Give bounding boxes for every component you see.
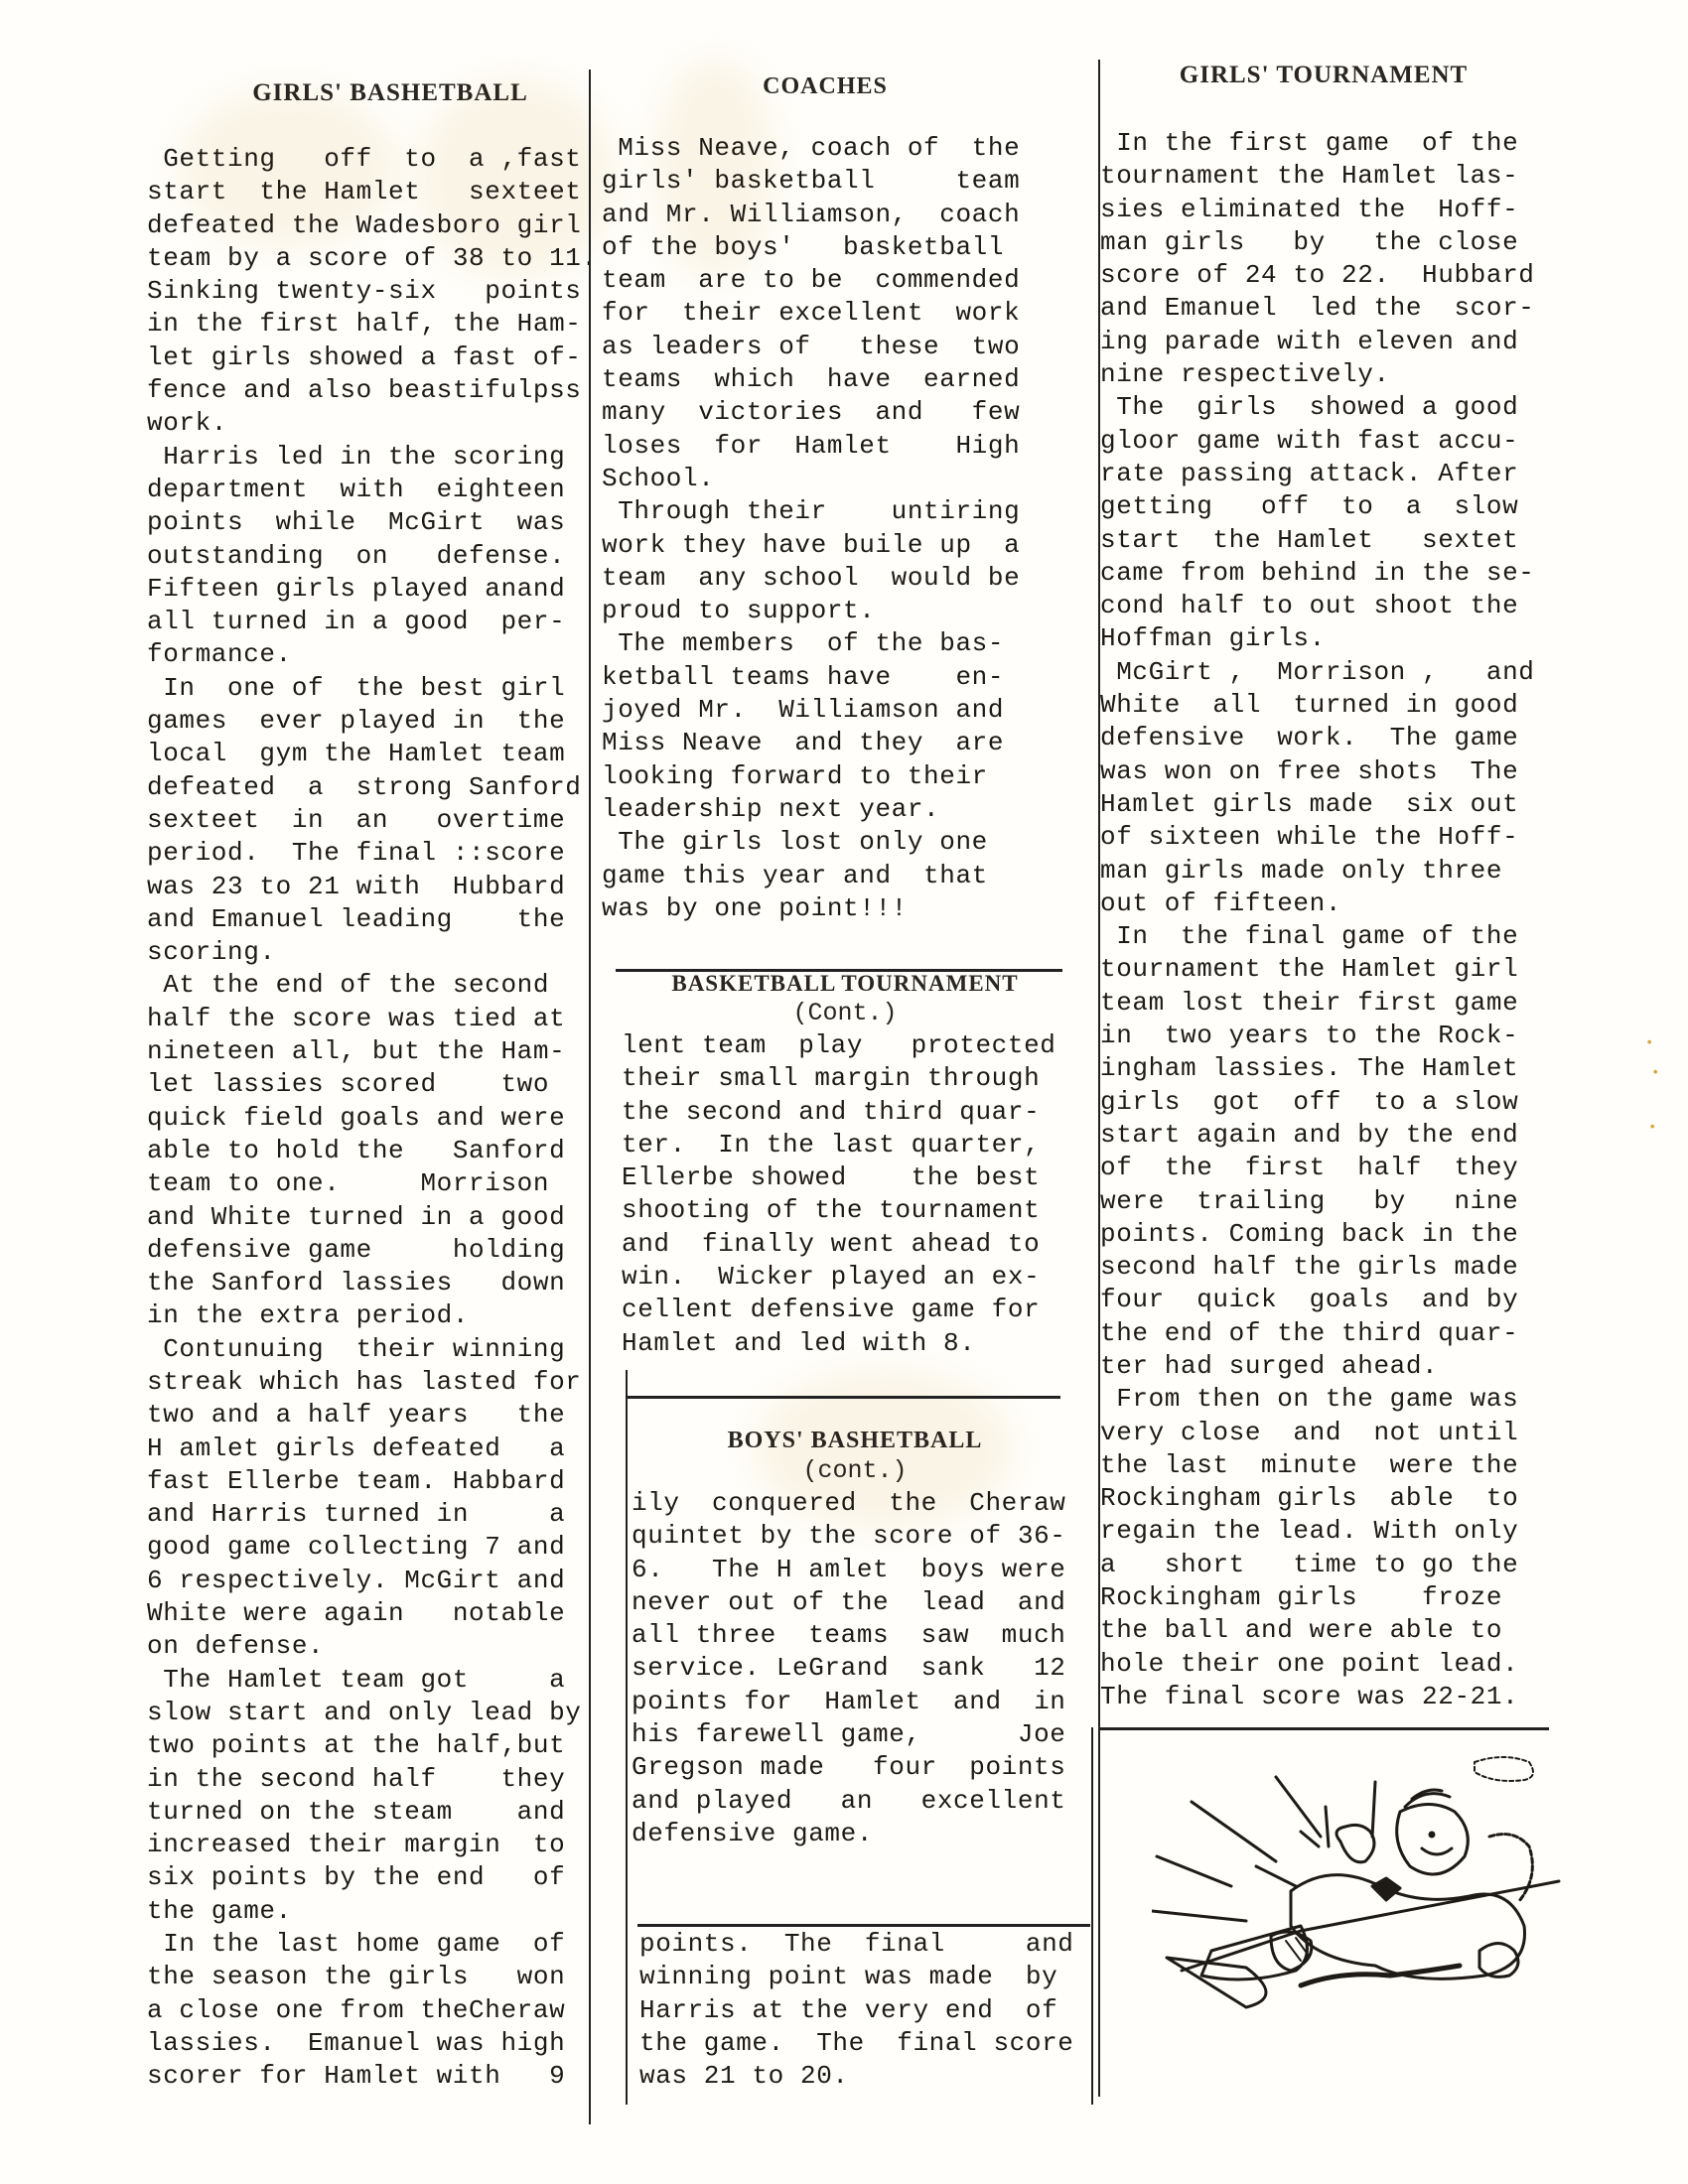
text-line: cond half to out shoot the [1100, 590, 1567, 622]
text-line: winning point was made by [639, 1961, 1086, 1993]
text-line: and Emanuel led the scor- [1100, 292, 1567, 325]
text-line: rate passing attack. After [1100, 458, 1567, 490]
text-line: teams which have earned [602, 363, 1049, 396]
text-line: loses for Hamlet High [602, 430, 1049, 463]
text-line: Hoffman girls. [1100, 622, 1567, 655]
text-line: White were again notable [147, 1597, 614, 1630]
paper-speck: • [1648, 1120, 1656, 1136]
text-line: Miss Neave and they are [602, 727, 1049, 759]
text-line: for their excellent work [602, 297, 1049, 330]
text-line: scorer for Hamlet with 9 [147, 2060, 614, 2093]
text-line: School. [602, 463, 1049, 495]
text-line: points while McGirt was [147, 506, 614, 539]
article-coaches: COACHES Miss Neave, coach of thegirls' b… [602, 73, 1049, 925]
text-line: many victories and few [602, 396, 1049, 429]
text-line: In one of the best girl [147, 672, 614, 705]
text-line: increased their margin to [147, 1829, 614, 1861]
heading-coaches: COACHES [602, 73, 1049, 100]
text-line: never out of the lead and [632, 1586, 1078, 1619]
text-line: Miss Neave, coach of the [602, 132, 1049, 165]
heading-basketball-tournament: BASKETBALL TOURNAMENT [622, 971, 1068, 997]
text-line: The Hamlet team got a [147, 1664, 614, 1697]
text-line: his farewell game, Joe [632, 1718, 1078, 1751]
text-line: Rockingham girls froze [1100, 1581, 1567, 1614]
text-line: out of fifteen. [1100, 887, 1567, 920]
text-line: Through their untiring [602, 495, 1049, 528]
text-line: was 23 to 21 with Hubbard [147, 871, 614, 903]
text-line: half the score was tied at [147, 1003, 614, 1035]
text-line: was by one point!!! [602, 892, 1049, 925]
text-line: Fifteen girls played anand [147, 573, 614, 606]
text-line: girls got off to a slow [1100, 1086, 1567, 1119]
text-line: fence and also beastifulpss [147, 374, 614, 407]
body-girls-basketball: Getting off to a ,faststart the Hamlet s… [147, 143, 614, 2094]
text-line: score of 24 to 22. Hubbard [1100, 259, 1567, 292]
text-line: as leaders of these two [602, 331, 1049, 363]
text-line: let lassies scored two [147, 1068, 614, 1101]
text-line: points. The final and [639, 1928, 1086, 1961]
text-line: ily conquered the Cheraw [632, 1487, 1078, 1520]
text-line: In the last home game of [147, 1928, 614, 1961]
text-line: a close one from theCheraw [147, 1994, 614, 2027]
text-line: joyed Mr. Williamson and [602, 694, 1049, 727]
text-line: win. Wicker played an ex- [622, 1261, 1068, 1294]
heading-girls-basketball: GIRLS' BASHETBALL [167, 79, 614, 107]
text-line: of sixteen while the Hoff- [1100, 821, 1567, 854]
heading-girls-tournament: GIRLS' TOURNAMENT [1080, 62, 1567, 89]
text-line: quintet by the score of 36- [632, 1520, 1078, 1553]
text-line: looking forward to their [602, 760, 1049, 793]
text-line: defensive work. The game [1100, 722, 1567, 754]
text-line: girls' basketball team [602, 165, 1049, 198]
text-line: shooting of the tournament [622, 1194, 1068, 1227]
text-line: six points by the end of [147, 1861, 614, 1894]
text-line: was 21 to 20. [639, 2060, 1086, 2093]
text-line: 6. The H amlet boys were [632, 1554, 1078, 1586]
text-line: tournament the Hamlet las- [1100, 160, 1567, 193]
text-line: scoring. [147, 936, 614, 969]
text-line: McGirt , Morrison , and [1100, 656, 1567, 689]
text-line: service. LeGrand sank 12 [632, 1652, 1078, 1685]
text-line: all three teams saw much [632, 1619, 1078, 1652]
text-line: formance. [147, 638, 614, 671]
text-line: man girls by the close [1100, 226, 1567, 259]
text-line: H amlet girls defeated a [147, 1433, 614, 1465]
text-line: able to hold the Sanford [147, 1135, 614, 1167]
text-line: all turned in a good per- [147, 606, 614, 638]
text-line: proud to support. [602, 595, 1049, 627]
text-line: fast Ellerbe team. Habbard [147, 1465, 614, 1498]
text-line: The members of the bas- [602, 627, 1049, 660]
section-divider [637, 1924, 1090, 1927]
text-line: in two years to the Rock- [1100, 1020, 1567, 1052]
text-line: team by a score of 38 to 11. [147, 242, 614, 275]
text-line: points for Hamlet and in [632, 1686, 1078, 1718]
text-line: Harris at the very end of [639, 1994, 1086, 2027]
text-line: on defense. [147, 1630, 614, 1663]
text-line: sexteet in an overtime [147, 804, 614, 837]
text-line: the game. [147, 1895, 614, 1928]
text-line: lent team play protected [622, 1029, 1068, 1062]
paper-speck: • [1651, 1065, 1659, 1081]
text-line: In the first game of the [1100, 127, 1567, 160]
section-divider [628, 1396, 1060, 1399]
text-line: team any school would be [602, 562, 1049, 595]
text-line: man girls made only three [1100, 855, 1567, 887]
column-divider [626, 1370, 628, 2105]
text-line: Rockingham girls able to [1100, 1482, 1567, 1515]
text-line: the Sanford lassies down [147, 1267, 614, 1299]
text-line: the ball and were able to [1100, 1614, 1567, 1647]
text-line: game this year and that [602, 860, 1049, 892]
text-line: the last minute were the [1100, 1449, 1567, 1482]
text-line: and Harris turned in a [147, 1498, 614, 1531]
text-line: and Mr. Williamson, coach [602, 199, 1049, 231]
text-line: The girls showed a good [1100, 391, 1567, 424]
article-continuation: points. The final andwinning point was m… [639, 1928, 1086, 2093]
text-line: of the first half they [1100, 1152, 1567, 1184]
body-continuation: points. The final andwinning point was m… [639, 1928, 1086, 2093]
text-line: sies eliminated the Hoff- [1100, 194, 1567, 226]
article-basketball-tournament-cont: BASKETBALL TOURNAMENT (Cont.) lent team … [622, 971, 1068, 1360]
text-line: gloor game with fast accu- [1100, 425, 1567, 458]
text-line: ing parade with eleven and [1100, 326, 1567, 358]
text-line: team are to be commended [602, 264, 1049, 297]
text-line: defeated a strong Sanford [147, 771, 614, 804]
text-line: getting off to a slow [1100, 490, 1567, 523]
text-line: very close and not until [1100, 1417, 1567, 1449]
text-line: quick field goals and were [147, 1102, 614, 1135]
article-boys-basketball-cont: BOYS' BASHETBALL (cont.) ily conquered t… [632, 1428, 1078, 1850]
text-line: two points at the half,but [147, 1729, 614, 1762]
text-line: points. Coming back in the [1100, 1218, 1567, 1251]
text-line: ketball teams have en- [602, 661, 1049, 694]
column-divider [589, 69, 591, 2124]
text-line: ter had surged ahead. [1100, 1350, 1567, 1383]
text-line: Sinking twenty-six points [147, 275, 614, 308]
text-line: team to one. Morrison [147, 1167, 614, 1200]
text-line: the second and third quar- [622, 1096, 1068, 1129]
text-line: and played an excellent [632, 1785, 1078, 1818]
text-line: hole their one point lead. [1100, 1648, 1567, 1681]
text-line: nine respectively. [1100, 358, 1567, 391]
text-line: two and a half years the [147, 1399, 614, 1432]
text-line: the end of the third quar- [1100, 1317, 1567, 1350]
text-line: team lost their first game [1100, 987, 1567, 1020]
text-line: start the Hamlet sextet [1100, 524, 1567, 557]
text-line: turned on the steam and [147, 1796, 614, 1829]
text-line: four quick goals and by [1100, 1284, 1567, 1316]
text-line: Gregson made four points [632, 1751, 1078, 1784]
text-line: work. [147, 407, 614, 440]
text-line: White all turned in good [1100, 689, 1567, 722]
text-line: work they have buile up a [602, 529, 1049, 562]
text-line: In the final game of the [1100, 920, 1567, 953]
body-boys-basketball: ily conquered the Cherawquintet by the s… [632, 1487, 1078, 1850]
text-line: Contunuing their winning [147, 1333, 614, 1366]
text-line: a short time to go the [1100, 1549, 1567, 1581]
text-line: tournament the Hamlet girl [1100, 953, 1567, 986]
text-line: the season the girls won [147, 1961, 614, 1993]
text-line: Hamlet girls made six out [1100, 788, 1567, 821]
text-line: in the first half, the Ham- [147, 308, 614, 341]
text-line: start again and by the end [1100, 1119, 1567, 1152]
text-line: local gym the Hamlet team [147, 738, 614, 770]
text-line: of the boys' basketball [602, 231, 1049, 264]
text-line: At the end of the second [147, 969, 614, 1002]
text-line: Hamlet and led with 8. [622, 1327, 1068, 1360]
text-line: Ellerbe showed the best [622, 1161, 1068, 1194]
article-girls-basketball: GIRLS' BASHETBALL Getting off to a ,fast… [147, 79, 614, 2094]
text-line: streak which has lasted for [147, 1366, 614, 1399]
text-line: came from behind in the se- [1100, 557, 1567, 590]
text-line: in the extra period. [147, 1299, 614, 1332]
text-line: defensive game holding [147, 1234, 614, 1267]
text-line: the game. The final score [639, 2027, 1086, 2060]
text-line: Getting off to a ,fast [147, 143, 614, 176]
text-line: 6 respectively. McGirt and [147, 1565, 614, 1597]
text-line: nineteen all, but the Ham- [147, 1035, 614, 1068]
text-line: period. The final ::score [147, 837, 614, 870]
text-line: regain the lead. With only [1100, 1515, 1567, 1548]
text-line: department with eighteen [147, 474, 614, 506]
text-line: Harris led in the scoring [147, 441, 614, 474]
body-girls-tournament: In the first game of thetournament the H… [1100, 127, 1567, 1713]
text-line: ingham lassies. The Hamlet [1100, 1052, 1567, 1085]
cartoon-boy-sliding-icon [1152, 1737, 1569, 2035]
text-line: and finally went ahead to [622, 1228, 1068, 1261]
text-line: their small margin through [622, 1062, 1068, 1095]
text-line: second half the girls made [1100, 1251, 1567, 1284]
text-line: The final score was 22-21. [1100, 1681, 1567, 1713]
subheading-cont: (cont.) [632, 1454, 1078, 1487]
section-divider [1098, 1727, 1549, 1730]
text-line: in the second half they [147, 1763, 614, 1796]
text-line: leadership next year. [602, 793, 1049, 826]
text-line: cellent defensive game for [622, 1294, 1068, 1326]
paper-speck: • [1645, 1035, 1653, 1051]
column-divider [1091, 1727, 1093, 2105]
text-line: and Emanuel leading the [147, 903, 614, 936]
text-line: was won on free shots The [1100, 755, 1567, 788]
text-line: defensive game. [632, 1818, 1078, 1850]
text-line: defeated the Wadesboro girl [147, 209, 614, 242]
subheading-cont: (Cont.) [622, 997, 1068, 1029]
text-line: The girls lost only one [602, 826, 1049, 859]
text-line: and White turned in a good [147, 1201, 614, 1234]
text-line: games ever played in the [147, 705, 614, 738]
text-line: were trailing by nine [1100, 1185, 1567, 1218]
text-line: ter. In the last quarter, [622, 1129, 1068, 1161]
heading-boys-basketball: BOYS' BASHETBALL [632, 1428, 1078, 1454]
text-line: lassies. Emanuel was high [147, 2027, 614, 2060]
body-coaches: Miss Neave, coach of thegirls' basketbal… [602, 132, 1049, 925]
text-line: start the Hamlet sexteet [147, 176, 614, 208]
text-line: outstanding on defense. [147, 540, 614, 573]
text-line: slow start and only lead by [147, 1697, 614, 1729]
article-girls-tournament: GIRLS' TOURNAMENT In the first game of t… [1100, 62, 1567, 1713]
text-line: good game collecting 7 and [147, 1531, 614, 1564]
text-line: From then on the game was [1100, 1383, 1567, 1416]
text-line: let girls showed a fast of- [147, 341, 614, 374]
body-basketball-tournament: lent team play protectedtheir small marg… [622, 1029, 1068, 1360]
